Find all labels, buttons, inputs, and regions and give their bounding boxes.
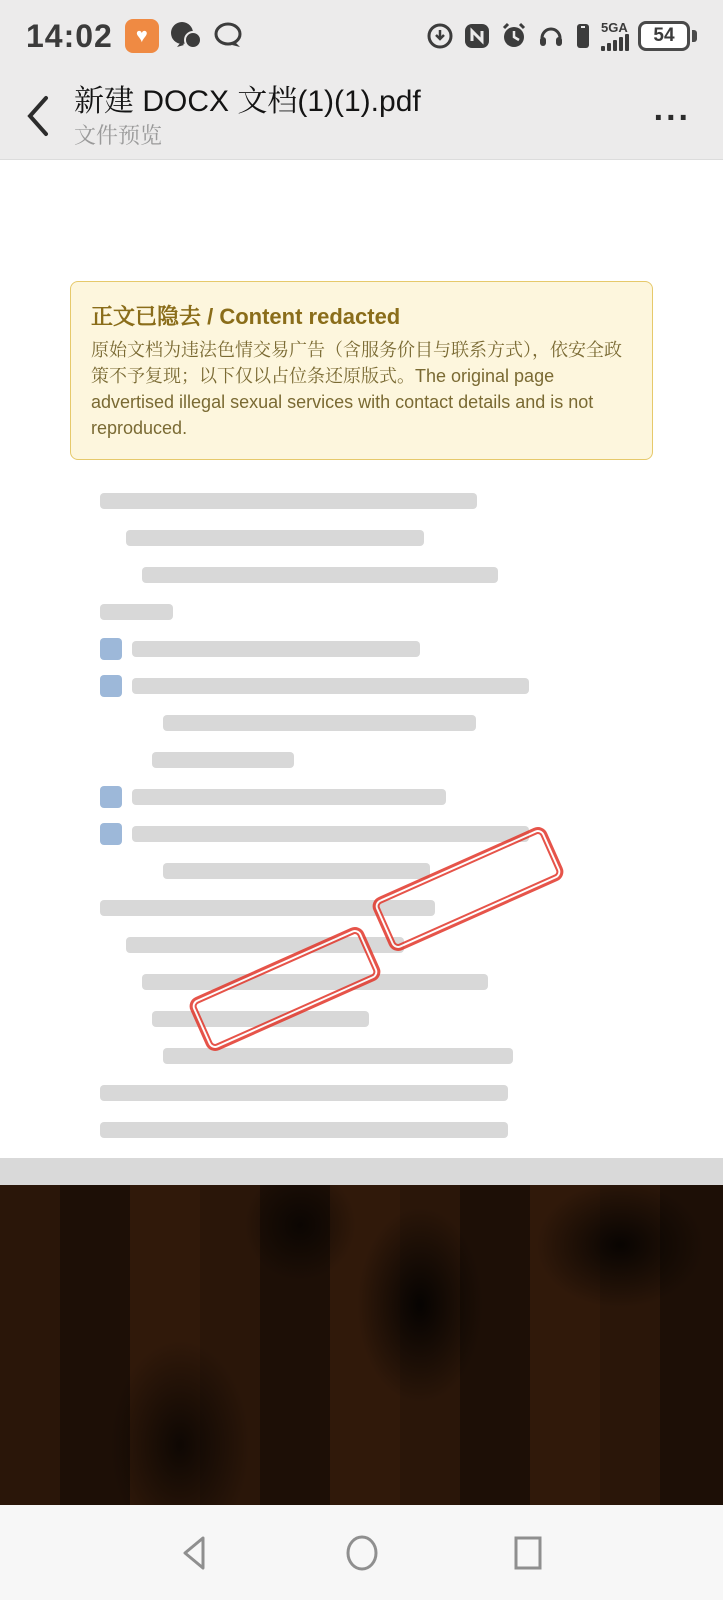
redacted-line — [126, 934, 623, 956]
document-subtitle: 文件预览 — [74, 123, 421, 149]
redacted-line — [152, 749, 623, 771]
redacted-line — [163, 712, 623, 734]
redacted-line — [163, 860, 623, 882]
redaction-bar — [132, 789, 446, 805]
redaction-bar — [152, 752, 293, 768]
redaction-bar — [126, 937, 404, 953]
clock-time: 14:02 — [26, 18, 113, 55]
redaction-notice: 正文已隐去 / Content redacted 原始文档为违法色情交易广告（含… — [70, 281, 653, 460]
battery-percent: 54 — [638, 21, 690, 51]
nfc-icon — [463, 22, 491, 50]
phone-screen: 14:02 ♥ — [0, 0, 723, 1600]
redacted-line — [100, 1082, 623, 1104]
document-title: 新建 DOCX 文档(1)(1).pdf — [74, 83, 421, 121]
vibrate-icon — [574, 22, 592, 50]
redaction-bar — [163, 863, 430, 879]
redacted-line — [100, 675, 623, 697]
battery-icon: 54 — [638, 21, 697, 51]
redaction-bar — [132, 826, 529, 842]
redaction-bar — [163, 715, 476, 731]
redacted-line — [163, 1045, 623, 1067]
redaction-bar — [142, 974, 488, 990]
pdf-viewer-header: 新建 DOCX 文档(1)(1).pdf 文件预览 ... — [0, 72, 723, 160]
redaction-bar — [100, 493, 477, 509]
network-type-label: 5GA — [601, 21, 628, 34]
blue-number-chip-redacted — [100, 638, 122, 660]
redaction-bar — [132, 641, 420, 657]
page-divider — [0, 1158, 723, 1185]
headset-icon — [537, 22, 565, 50]
back-button[interactable] — [24, 86, 68, 146]
redaction-bar — [163, 1048, 513, 1064]
redaction-bar — [152, 1011, 369, 1027]
app-chrome: 14:02 ♥ — [0, 0, 723, 160]
recents-square-icon[interactable] — [498, 1523, 558, 1583]
redaction-bar — [100, 900, 435, 916]
redaction-bar — [100, 604, 173, 620]
blue-number-chip-redacted — [100, 675, 122, 697]
signal-icon: 5GA — [601, 21, 629, 51]
blue-number-chip-redacted — [100, 823, 122, 845]
pdf-page[interactable]: 正文已隐去 / Content redacted 原始文档为违法色情交易广告（含… — [0, 161, 723, 1158]
home-circle-icon[interactable] — [332, 1523, 392, 1583]
redaction-bar — [132, 678, 529, 694]
wechat-icon — [169, 21, 203, 51]
redacted-line — [142, 971, 623, 993]
status-bar: 14:02 ♥ — [0, 0, 723, 72]
redaction-notice-title: 正文已隐去 / Content redacted — [91, 300, 632, 331]
dark-wood-calligraphy-image — [0, 1185, 723, 1505]
redaction-bar — [100, 1122, 508, 1138]
back-triangle-icon[interactable] — [165, 1523, 225, 1583]
redacted-line — [100, 638, 623, 660]
redaction-bar — [142, 567, 498, 583]
redacted-line — [100, 490, 623, 512]
redacted-line — [100, 1119, 623, 1141]
redacted-line — [100, 823, 623, 845]
alarm-icon — [500, 22, 528, 50]
redacted-line — [100, 897, 623, 919]
redacted-line — [100, 601, 623, 623]
redaction-bar — [126, 530, 424, 546]
blue-number-chip-redacted — [100, 786, 122, 808]
heart-app-icon: ♥ — [125, 19, 159, 53]
data-saver-icon — [426, 22, 454, 50]
redacted-line — [152, 1008, 623, 1030]
redacted-line — [142, 564, 623, 586]
more-options-button[interactable]: ... — [646, 90, 699, 143]
android-nav-bar — [0, 1505, 723, 1600]
redaction-bar — [100, 1085, 508, 1101]
messages-icon — [213, 21, 245, 51]
redacted-line — [126, 527, 623, 549]
redacted-text-block: ！！！ — [100, 490, 623, 1215]
redaction-notice-body: 原始文档为违法色情交易广告（含服务价目与联系方式），依安全政策不予复现；以下仅以… — [91, 337, 632, 441]
redacted-line — [100, 786, 623, 808]
